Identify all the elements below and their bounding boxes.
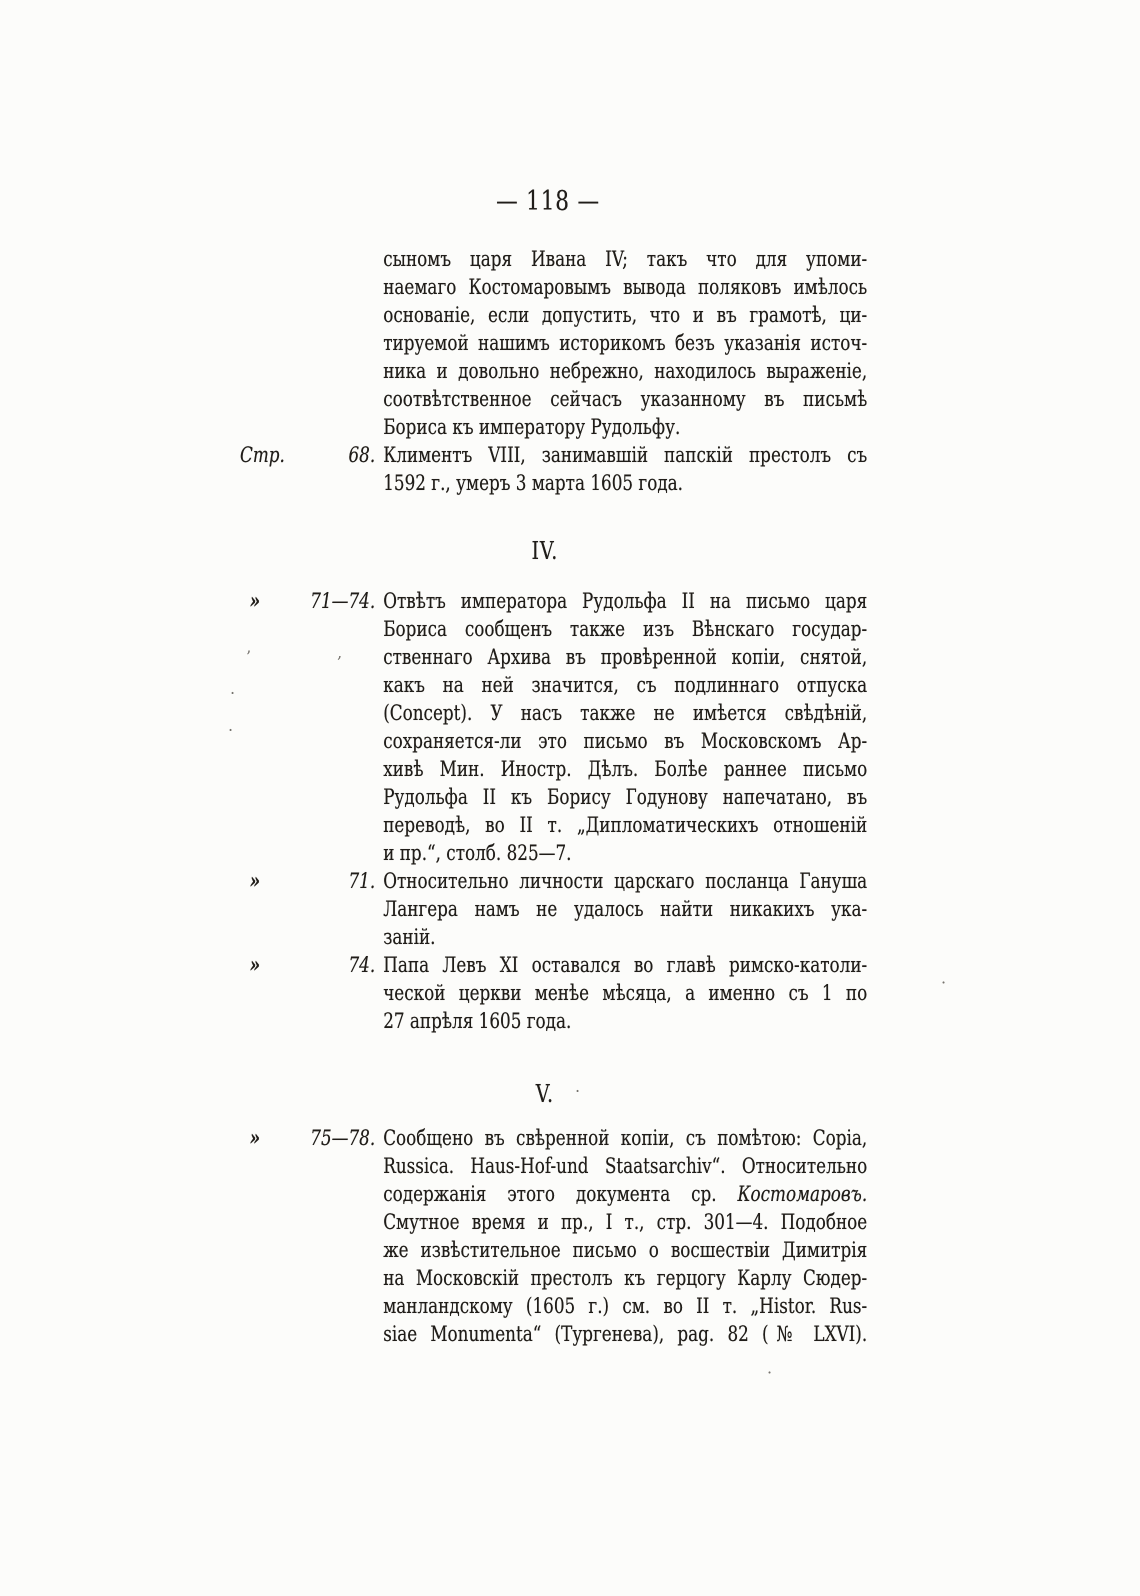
entry-page-number: 71—74. — [310, 587, 375, 615]
text-line: Относительно личности царскаго посланца … — [383, 867, 867, 895]
text-line: тируемой нашимъ историкомъ безъ указанія… — [383, 329, 867, 357]
margin-cell: »71. — [0, 867, 375, 951]
entry-page-number: 68. — [348, 441, 375, 469]
text-line: Рудольфа II къ Борису Годунову напечатан… — [383, 783, 867, 811]
ditto-mark: » — [250, 951, 261, 979]
text-line: Лангера намъ не удалось найти никакихъ у… — [383, 895, 867, 923]
note-entry: »74.Папа Левъ XI оставался во главѣ римс… — [0, 951, 1140, 1035]
section-heading-row: IV. — [0, 537, 1140, 565]
book-page: — 118 — сыномъ царя Ивана IV; такъ что д… — [0, 0, 1140, 1596]
text-line: ственнаго Архива въ провѣренной копіи, с… — [383, 643, 867, 671]
text-segment: содержанія этого документа ср. — [383, 1182, 737, 1206]
margin-cell: »75—78. — [0, 1124, 375, 1348]
text-line: основаніе, если допустить, что и въ грам… — [383, 301, 867, 329]
section-heading: IV. — [425, 537, 665, 565]
text-line: Бориса сообщенъ также изъ Вѣнскаго госуд… — [383, 615, 867, 643]
scan-speck: · — [767, 1368, 772, 1378]
text-line: переводѣ, во II т. „Дипломатическихъ отн… — [383, 811, 867, 839]
text-line: Russica. Haus-Hof-und Staatsarchiv“. Отн… — [383, 1152, 867, 1180]
text-line: сохраняется-ли это письмо въ Московскомъ… — [383, 727, 867, 755]
text-line: какъ на ней значится, съ подлиннаго отпу… — [383, 671, 867, 699]
margin-cell: Стр.68. — [0, 441, 375, 497]
text-line: и пр.“, столб. 825—7. — [383, 839, 867, 867]
italic-text-segment: Костомаровъ. — [738, 1182, 868, 1206]
text-line: 1592 г., умеръ 3 марта 1605 года. — [383, 469, 867, 497]
entry-page-number: 75—78. — [310, 1124, 375, 1152]
entry-text-column: Климентъ VIII, занимавшій папскій престо… — [383, 441, 867, 497]
text-line: наемаго Костомаровымъ вывода поляковъ им… — [383, 273, 867, 301]
note-entry: »71—74.Отвѣтъ императора Рудольфа II на … — [0, 587, 1140, 867]
margin-cell: »71—74. — [0, 587, 375, 867]
text-line: на Московскій престолъ къ герцогу Карлу … — [383, 1264, 867, 1292]
text-line: же извѣстительное письмо о восшествіи Ди… — [383, 1236, 867, 1264]
text-line: хивѣ Мин. Иностр. Дѣлъ. Болѣе раннее пис… — [383, 755, 867, 783]
section-heading-row: V. — [0, 1080, 1140, 1108]
text-line: Папа Левъ XI оставался во главѣ римско-к… — [383, 951, 867, 979]
margin-page-label: Стр. — [240, 441, 285, 469]
note-entry: Стр.68.Климентъ VIII, занимавшій папскій… — [0, 441, 1140, 497]
section-heading: V. — [425, 1080, 665, 1108]
text-line: заній. — [383, 923, 867, 951]
margin-cell — [0, 245, 375, 441]
text-line: содержанія этого документа ср. Костомаро… — [383, 1180, 867, 1208]
text-line: Сообщено въ свѣренной копіи, съ помѣтою:… — [383, 1124, 867, 1152]
notes-list: сыномъ царя Ивана IV; такъ что для упоми… — [0, 245, 1140, 1348]
text-line: siae Monumenta“ (Тургенева), pag. 82 (№ … — [383, 1320, 867, 1348]
ditto-mark: » — [250, 1124, 261, 1152]
text-line: Бориса къ императору Рудольфу. — [383, 413, 867, 441]
entry-page-number: 74. — [348, 951, 375, 979]
text-line: Смутное время и пр., I т., стр. 301—4. П… — [383, 1208, 867, 1236]
text-line: (Concept). У насъ также не имѣется свѣдѣ… — [383, 699, 867, 727]
entry-text-column: Папа Левъ XI оставался во главѣ римско-к… — [383, 951, 867, 1035]
entry-text-column: Отвѣтъ императора Рудольфа II на письмо … — [383, 587, 867, 867]
entry-page-number: 71. — [348, 867, 375, 895]
entry-text-column: Сообщено въ свѣренной копіи, съ помѣтою:… — [383, 1124, 867, 1348]
entry-text-column: сыномъ царя Ивана IV; такъ что для упоми… — [383, 245, 867, 441]
entry-text-column: Относительно личности царскаго посланца … — [383, 867, 867, 951]
text-line: соотвѣтственное сейчасъ указанному въ пи… — [383, 385, 867, 413]
ditto-mark: » — [250, 587, 261, 615]
text-line: сыномъ царя Ивана IV; такъ что для упоми… — [383, 245, 867, 273]
ditto-mark: » — [250, 867, 261, 895]
text-line: ческой церкви менѣе мѣсяца, а именно съ … — [383, 979, 867, 1007]
page-number: — 118 — — [428, 186, 668, 218]
margin-cell: »74. — [0, 951, 375, 1035]
note-entry: »71.Относительно личности царскаго посла… — [0, 867, 1140, 951]
text-block: — 118 — сыномъ царя Ивана IV; такъ что д… — [0, 0, 1140, 1348]
text-line: манландскому (1605 г.) см. во II т. „His… — [383, 1292, 867, 1320]
text-line: Отвѣтъ императора Рудольфа II на письмо … — [383, 587, 867, 615]
text-line: 27 апрѣля 1605 года. — [383, 1007, 867, 1035]
text-line: Климентъ VIII, занимавшій папскій престо… — [383, 441, 867, 469]
note-entry: »75—78.Сообщено въ свѣренной копіи, съ п… — [0, 1124, 1140, 1348]
continuation-paragraph: сыномъ царя Ивана IV; такъ что для упоми… — [0, 245, 1140, 441]
text-line: ника и довольно небрежно, находилось выр… — [383, 357, 867, 385]
